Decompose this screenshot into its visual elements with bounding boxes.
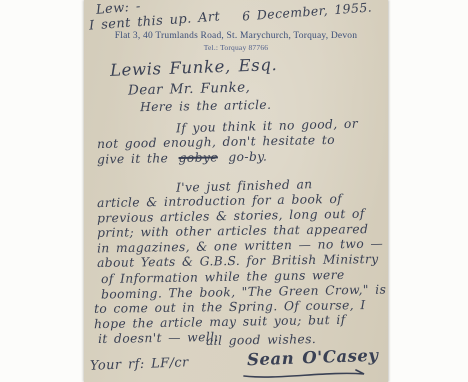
struck-out-word: gobye [178,150,218,165]
letterhead-address: Flat 3, 40 Trumlands Road, St. Marychurc… [84,31,388,41]
body-opening-line: Here is the article. [140,98,272,114]
reference-line: Your rf: LF/cr [90,355,189,373]
annotation-date: 6 December, 1955. [242,0,373,24]
letter-scan: Lew: - I sent this up. Art 6 December, 1… [0,0,468,382]
signature-flourish [242,368,372,380]
body-line-with-strikeout: give it the gobye go-by. [97,150,267,167]
strike-line-before: give it the [97,151,168,166]
strike-line-after: go-by. [228,150,267,165]
body-line: it doesn't — well. [98,330,219,346]
body-line: not good enough, don't hesitate to [97,133,335,151]
signature: Sean O'Casey [247,346,379,370]
salutation-line: Dear Mr. Funke, [128,79,251,98]
letterhead-telephone: Tel.: Torquay 87766 [84,43,388,52]
closing-line: all good wishes. [206,332,316,348]
letter-paper: Lew: - I sent this up. Art 6 December, 1… [84,0,388,382]
body-line: hope the article may suit you; but if [94,313,346,331]
recipient-line: Lewis Funke, Esq. [110,55,278,80]
